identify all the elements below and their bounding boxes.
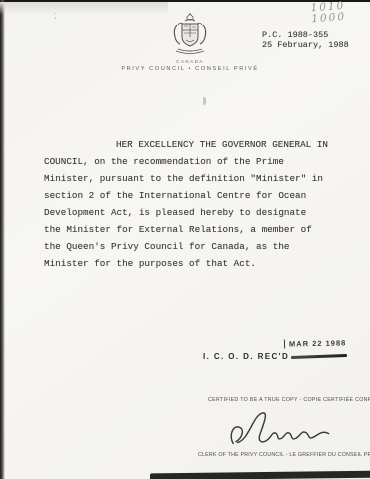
body-line: Minister, pursuant to the definition "Mi… [44, 170, 344, 187]
scanned-document-page: ; 1010 1000 P.C. 1988-355 25 February, 1… [0, 0, 370, 479]
canada-coat-of-arms-icon [169, 13, 211, 59]
received-stamp-date: MAR 22 1988 [284, 338, 346, 348]
certification-line: CERTIFIED TO BE A TRUE COPY - COPIE CERT… [208, 397, 368, 403]
handwritten-line-2: 1000 [311, 12, 346, 25]
letterhead-title: PRIVY COUNCIL • CONSEIL PRIVÉ [90, 66, 290, 72]
clerk-signature [226, 409, 334, 451]
body-line: section 2 of the International Centre fo… [44, 187, 344, 204]
body-line: HER EXCELLENCY THE GOVERNOR GENERAL IN [44, 136, 344, 153]
reference-number: P.C. 1988-355 [262, 30, 349, 40]
scan-shade-top-left [0, 2, 168, 15]
pencil-mark: ; [54, 10, 57, 20]
handwritten-filing-note: 1010 1000 [310, 1, 346, 25]
received-stamp-label: I. C. O. D. REC'D [203, 352, 347, 361]
crest-caption: CANADA [150, 59, 230, 64]
body-line: the Minister for External Relations, a m… [44, 221, 344, 238]
order-body-text: HER EXCELLENCY THE GOVERNOR GENERAL IN C… [44, 136, 344, 272]
reference-date: 25 February, 1988 [262, 40, 349, 50]
body-line: COUNCIL, on the recommendation of the Pr… [44, 153, 344, 170]
received-stamp-underline [291, 354, 347, 359]
body-line: Development Act, is pleased hereby to de… [44, 204, 344, 221]
body-line: Minister for the purposes of that Act. [44, 255, 344, 272]
scan-edge-bottom-band [150, 471, 370, 479]
clerk-title-line: CLERK OF THE PRIVY COUNCIL - LE GREFFIER… [198, 452, 370, 458]
scan-smudge [203, 97, 206, 105]
scan-edge-left [0, 0, 5, 479]
reference-block: P.C. 1988-355 25 February, 1988 [262, 30, 349, 50]
received-stamp-label-text: I. C. O. D. REC'D [203, 352, 289, 361]
body-line: the Queen's Privy Council for Canada, as… [44, 238, 344, 255]
